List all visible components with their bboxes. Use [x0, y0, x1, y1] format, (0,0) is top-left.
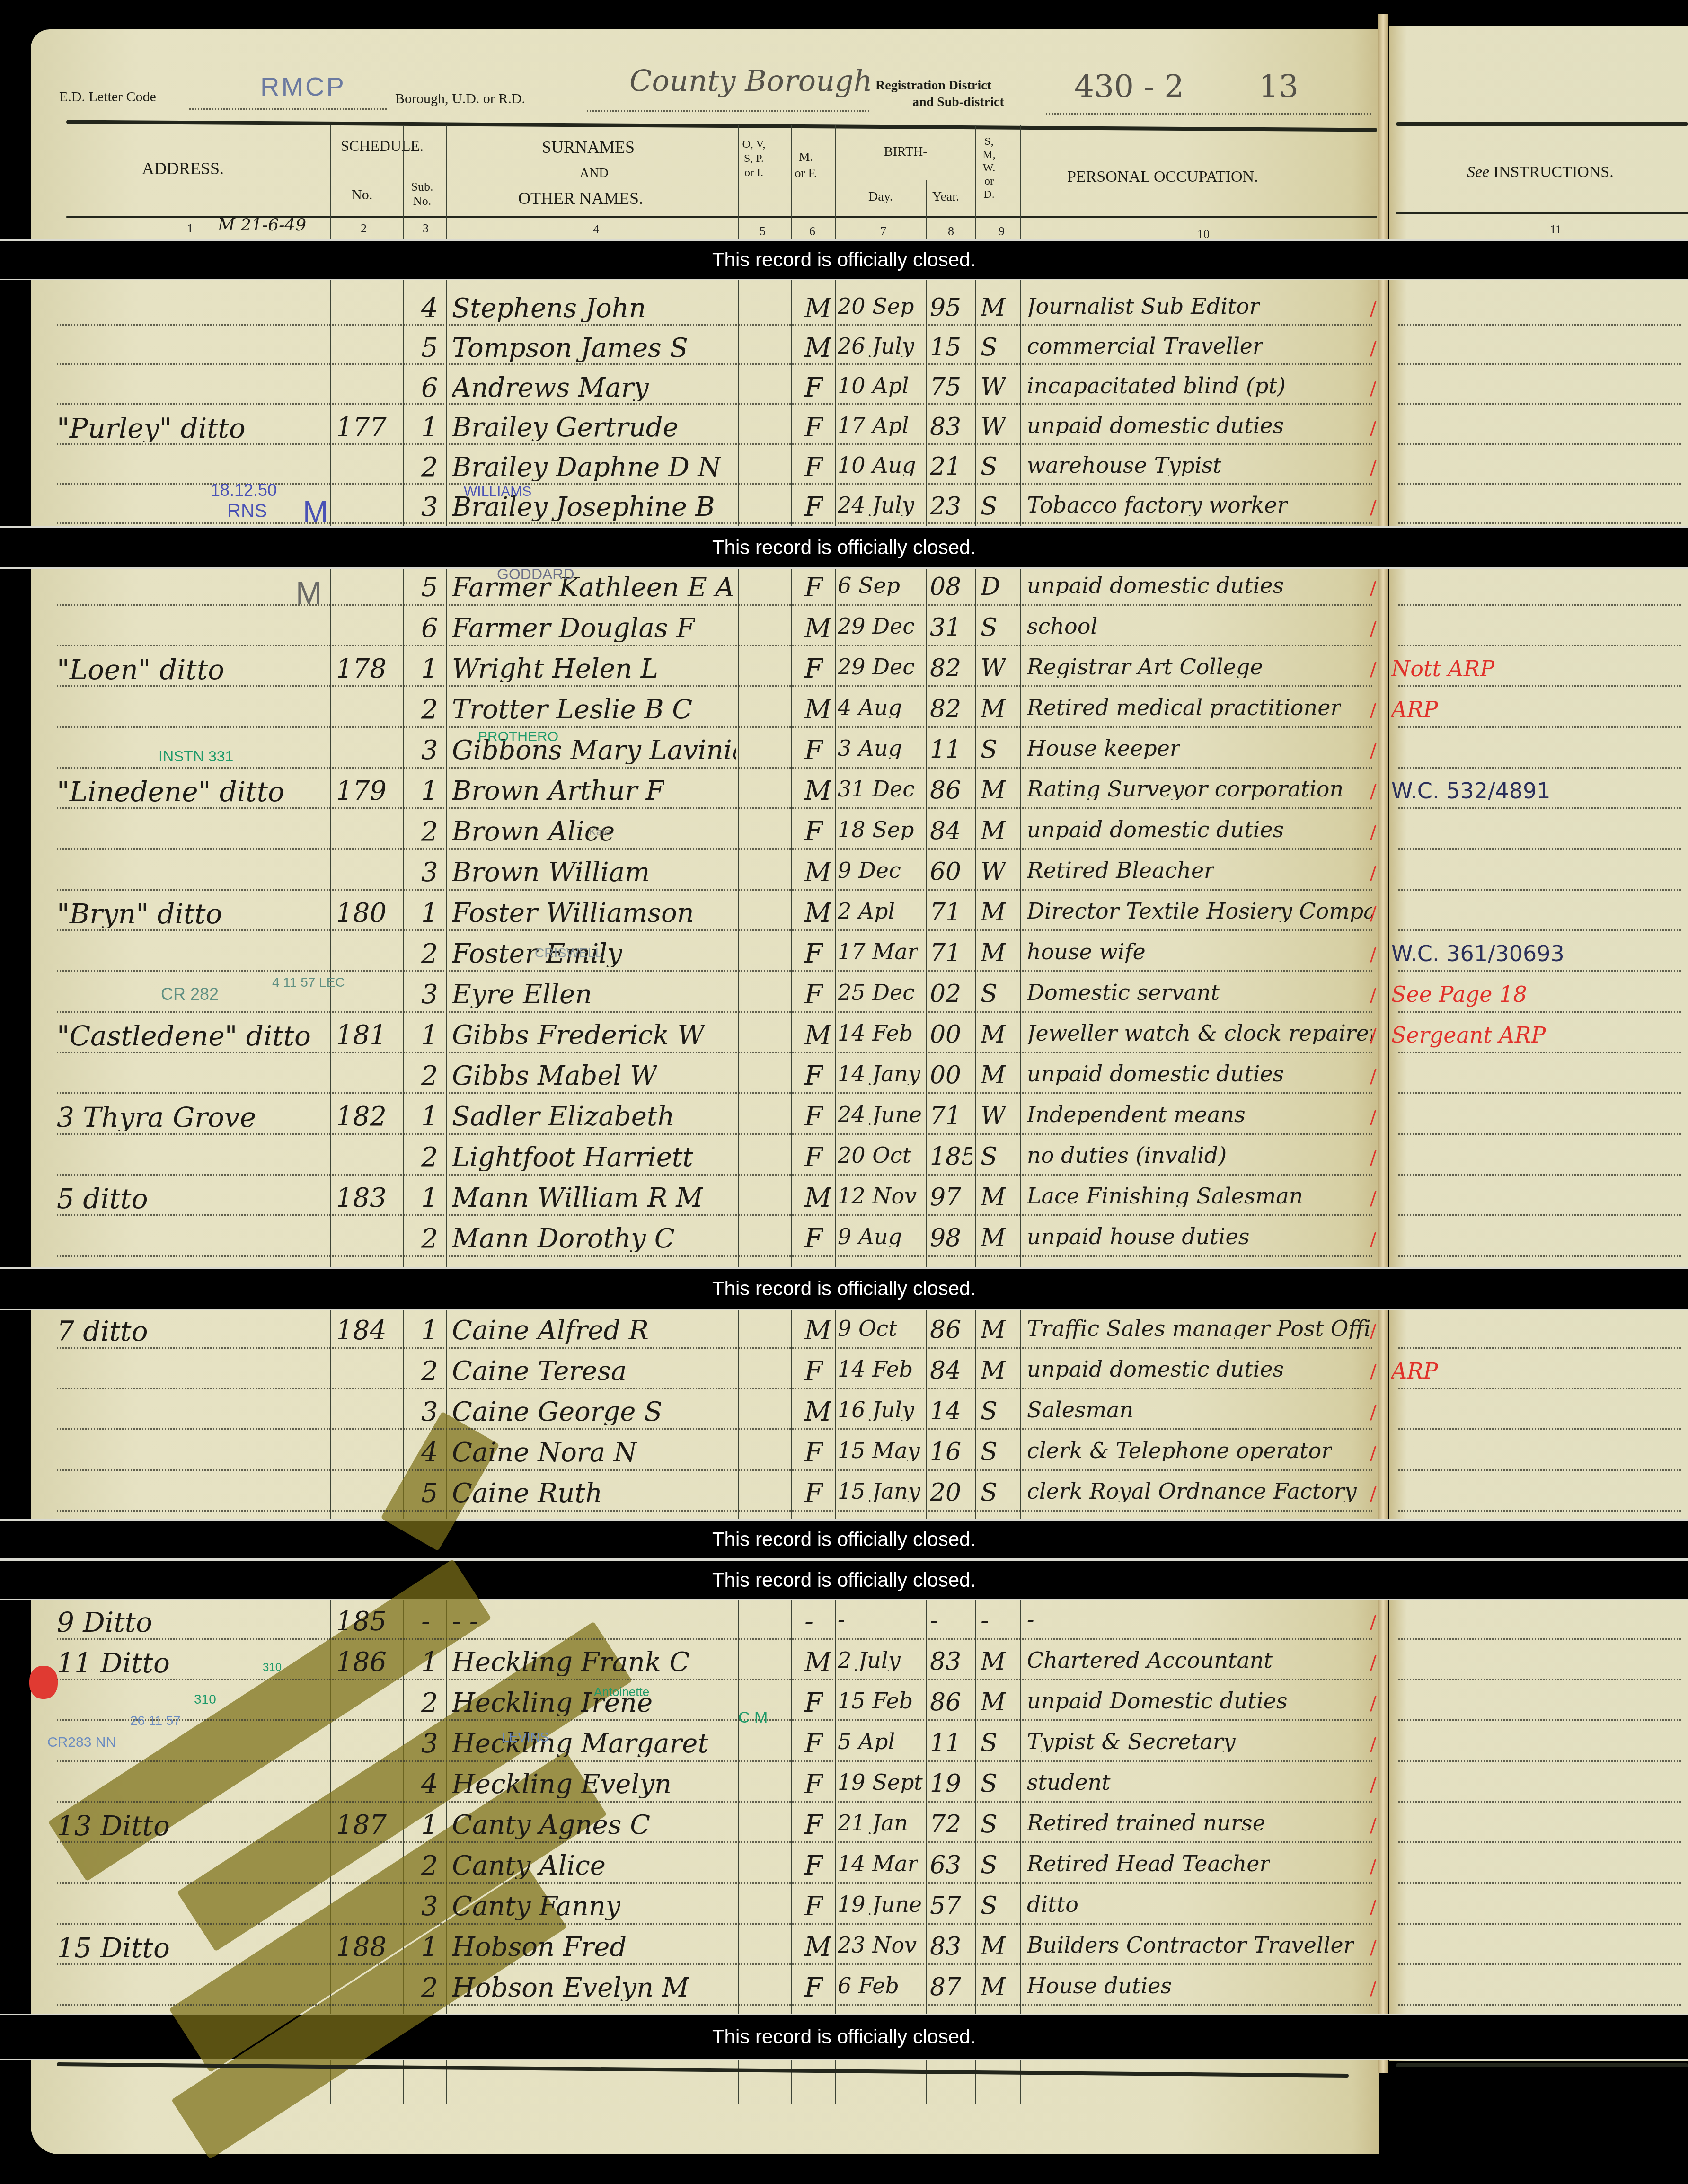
row-rule: [1398, 1174, 1682, 1176]
cell-day: 24 July: [838, 494, 914, 516]
cell-sub: 2: [421, 1063, 438, 1089]
cell-smwd: S: [981, 494, 998, 519]
cell-mf: F: [804, 1104, 823, 1130]
cell-smwd: M: [981, 1358, 1006, 1383]
cell-day: 15 Jany: [838, 1480, 920, 1502]
column-divider: [446, 125, 447, 2104]
cell-mf: M: [804, 1317, 831, 1344]
column-header-smwd: S, M, W. or D.: [980, 135, 999, 201]
cell-year: 84: [930, 819, 961, 843]
cell-name: Farmer Kathleen E A S: [452, 575, 736, 601]
cell-mf: M: [804, 335, 831, 362]
red-check-mark: /: [1370, 1978, 1376, 1999]
cell-sub: 2: [421, 1853, 438, 1879]
cell-day: 20 Sep: [838, 295, 914, 317]
cell-sub: 5: [421, 1480, 438, 1507]
cell-mf: M: [804, 1185, 831, 1211]
row-rule: [1398, 1679, 1682, 1680]
cell-name: Tompson James S: [452, 335, 688, 362]
cell-smwd: D: [981, 575, 1000, 599]
cell-name: Eyre Ellen: [452, 981, 592, 1008]
married-name-annotation: WILLIAMS: [464, 484, 531, 500]
row-rule: [1398, 685, 1682, 687]
row-rule: [57, 1174, 1372, 1176]
cell-name: Heckling Margaret: [452, 1731, 708, 1757]
column-header-sub-no: Sub. No.: [408, 180, 436, 208]
row-rule: [57, 2004, 1372, 2006]
cell-mf: F: [804, 1440, 823, 1466]
cell-remarks: ARP: [1391, 697, 1438, 722]
red-check-mark: /: [1370, 1320, 1376, 1342]
row-rule: [57, 604, 1372, 606]
cell-mf: F: [804, 1063, 823, 1089]
cell-year: 31: [930, 615, 961, 640]
cell-mf: M: [804, 859, 831, 886]
cell-mf: F: [804, 1144, 823, 1171]
cell-sub: 2: [421, 1226, 438, 1252]
red-check-mark: /: [1370, 781, 1376, 803]
cell-mf: F: [804, 494, 823, 521]
cell-address: 13 Ditto: [57, 1812, 170, 1839]
cell-smwd: S: [981, 1399, 998, 1424]
cell-name: Caine Alfred R: [452, 1317, 649, 1344]
col1-annotation: M 21-6-49: [218, 217, 306, 234]
cell-sub: 3: [421, 859, 438, 886]
cell-occupation: Retired medical practitioner: [1027, 697, 1341, 718]
row-rule: [57, 1963, 1372, 1965]
cell-occupation: unpaid domestic duties: [1027, 415, 1284, 436]
cell-occupation: house wife: [1027, 941, 1146, 963]
cell-name: Heckling Evelyn: [452, 1771, 672, 1798]
cell-mf: F: [804, 1812, 823, 1839]
cell-mf: F: [804, 737, 823, 764]
column-header-other-names: OTHER NAMES.: [518, 188, 643, 208]
column-header-address: ADDRESS.: [142, 159, 224, 178]
ed-letter-code-value: RMCP: [260, 71, 346, 102]
cell-mf: M: [804, 778, 831, 805]
cell-day: 2 Apl: [838, 900, 895, 922]
column-header-birth: BIRTH-: [884, 144, 928, 159]
cell-address: "Loen" ditto: [57, 656, 224, 683]
cell-smwd: M: [981, 941, 1006, 965]
dotted-rule: [189, 108, 388, 110]
cell-name: - -: [452, 1609, 478, 1635]
cell-address: 11 Ditto: [57, 1649, 170, 1677]
cell-smwd: W: [981, 1104, 1006, 1128]
cell-sub: 2: [421, 1358, 438, 1385]
row-rule: [57, 1255, 1372, 1257]
column-divider: [738, 125, 739, 2104]
row-rule: [57, 363, 1372, 365]
cell-occupation: unpaid domestic duties: [1027, 819, 1284, 840]
row-rule: [1398, 1638, 1682, 1640]
cell-occupation: Retired trained nurse: [1027, 1812, 1265, 1834]
red-check-mark: /: [1370, 1774, 1376, 1796]
cell-day: 6 Feb: [838, 1975, 899, 1997]
red-check-mark: /: [1370, 1652, 1376, 1674]
cell-day: 2 July: [838, 1649, 901, 1671]
red-check-mark: /: [1370, 699, 1376, 721]
cell-year: 63: [930, 1853, 961, 1877]
cell-sub: 3: [421, 737, 438, 764]
row-rule: [1398, 1052, 1682, 1053]
red-check-mark: /: [1370, 1025, 1376, 1047]
cell-name: Mann William R M: [452, 1185, 703, 1211]
row-rule: [1398, 1469, 1682, 1471]
cell-year: 60: [930, 859, 961, 884]
red-check-mark: /: [1370, 984, 1376, 1006]
cell-day: 10 Apl: [838, 375, 909, 397]
cell-sub: 3: [421, 1731, 438, 1757]
cell-address: 9 Ditto: [57, 1609, 152, 1636]
cell-occupation: warehouse Typist: [1027, 454, 1221, 476]
cell-occupation: ditto: [1027, 1893, 1078, 1915]
cell-year: 86: [930, 1690, 961, 1715]
cell-name: Foster Williamson: [452, 900, 694, 927]
cell-sub: 2: [421, 454, 438, 481]
column-number: 8: [948, 224, 954, 239]
red-check-mark: /: [1370, 1693, 1376, 1715]
cell-occupation: unpaid domestic duties: [1027, 575, 1284, 596]
cell-mf: -: [804, 1609, 813, 1635]
row-rule: [1398, 1841, 1682, 1843]
page-bottom-rule-right: [1396, 2063, 1688, 2067]
cell-year: 08: [930, 575, 961, 599]
cell-occupation: school: [1027, 615, 1097, 637]
closed-record-bar: This record is officially closed.: [0, 526, 1688, 569]
cell-mf: M: [804, 295, 831, 322]
row-rule: [1398, 1388, 1682, 1389]
row-rule: [1398, 1801, 1682, 1803]
cell-occupation: clerk Royal Ordnance Factory: [1027, 1480, 1357, 1502]
married-name-annotation: PROTHERO: [478, 729, 558, 745]
cell-year: 83: [930, 1649, 961, 1674]
cell-mf: M: [804, 1934, 831, 1961]
cell-day: 4 Aug: [838, 697, 902, 718]
column-number: 3: [423, 221, 429, 236]
cell-name: Wright Helen L: [452, 656, 658, 682]
red-check-mark: /: [1370, 1147, 1376, 1169]
row-rule: [1398, 403, 1682, 405]
row-rule: [1398, 1760, 1682, 1762]
column-header-birth-year: Year.: [932, 189, 959, 204]
row-rule: [1398, 1510, 1682, 1512]
cell-occupation: unpaid house duties: [1027, 1226, 1249, 1247]
cell-day: 29 Dec: [838, 615, 915, 637]
row-rule: [57, 1719, 1372, 1721]
cell-name: Brown William: [452, 859, 650, 886]
row-rule: [1398, 1133, 1682, 1135]
cell-mf: F: [804, 1480, 823, 1507]
column-header-surnames: SURNAMES: [542, 137, 635, 157]
cell-occupation: Traffic Sales manager Post Office Teleph…: [1027, 1317, 1372, 1339]
row-rule: [57, 1760, 1372, 1762]
cell-day: 23 Nov: [838, 1934, 917, 1956]
cell-day: 5 Apl: [838, 1731, 895, 1752]
row-rule: [57, 929, 1372, 931]
row-rule: [1398, 645, 1682, 646]
cell-smwd: M: [981, 1649, 1006, 1674]
kate-annotation: Kate: [589, 826, 610, 838]
closed-record-bar: This record is officially closed.: [0, 239, 1688, 280]
date-annotation: 26 11 57: [130, 1713, 181, 1728]
cell-smwd: M: [981, 295, 1006, 320]
cell-name: Sadler Elizabeth: [452, 1104, 674, 1130]
see-label: See: [1467, 163, 1489, 181]
red-check-mark: /: [1370, 417, 1376, 439]
red-check-mark: /: [1370, 1611, 1376, 1633]
cell-sched: 177: [336, 415, 387, 441]
cell-smwd: M: [981, 1934, 1006, 1959]
cell-mf: F: [804, 1975, 823, 2001]
cell-mf: M: [804, 1649, 831, 1676]
cell-address: 7 ditto: [57, 1317, 148, 1345]
cell-sub: 1: [421, 778, 438, 805]
cell-sub: 1: [421, 1812, 438, 1839]
cell-sched: 179: [336, 778, 387, 805]
cell-name: Gibbs Mabel W: [452, 1063, 657, 1089]
red-check-mark: /: [1370, 1229, 1376, 1250]
cell-address: "Bryn" ditto: [57, 900, 222, 928]
row-rule: [57, 522, 1372, 524]
cell-smwd: M: [981, 778, 1006, 803]
cell-year: 71: [930, 1104, 961, 1128]
row-rule: [57, 1801, 1372, 1803]
column-header-m-or-f: M. or F.: [794, 149, 818, 181]
column-divider: [835, 125, 836, 2104]
cell-mf: M: [804, 1399, 831, 1425]
cell-mf: F: [804, 1771, 823, 1798]
cell-occupation: Jeweller watch & clock repairer: [1027, 1022, 1372, 1044]
row-rule: [57, 1638, 1372, 1640]
red-check-mark: /: [1370, 1402, 1376, 1424]
cell-day: 3 Aug: [838, 737, 902, 759]
cell-occupation: Registrar Art College: [1027, 656, 1263, 678]
cell-name: Hobson Fred: [452, 1934, 627, 1961]
cell-smwd: M: [981, 819, 1006, 843]
cell-sub: 1: [421, 415, 438, 441]
cell-sub: 5: [421, 575, 438, 601]
closed-record-bar: This record is officially closed.: [0, 1560, 1688, 1600]
cell-day: 6 Sep: [838, 575, 900, 596]
cell-smwd: M: [981, 1317, 1006, 1342]
column-header-and: AND: [580, 166, 609, 181]
row-rule: [57, 1882, 1372, 1884]
cell-year: -: [930, 1609, 938, 1633]
cell-day: 25 Dec: [838, 981, 915, 1003]
cell-smwd: S: [981, 335, 998, 360]
cell-sched: 188: [336, 1934, 387, 1961]
cell-occupation: Chartered Accountant: [1027, 1649, 1273, 1671]
red-check-mark: /: [1370, 1188, 1376, 1210]
cell-year: 11: [930, 1731, 961, 1755]
cell-sched: 181: [336, 1022, 387, 1049]
cell-smwd: M: [981, 1975, 1006, 1999]
instructions-label: INSTRUCTIONS.: [1494, 163, 1614, 181]
cell-sub: 3: [421, 1399, 438, 1425]
cell-sched: 180: [336, 900, 387, 927]
row-rule: [1398, 848, 1682, 850]
cell-sub: 5: [421, 335, 438, 362]
red-check-mark: /: [1370, 1106, 1376, 1128]
column-header-schedule: SCHEDULE.: [341, 137, 424, 155]
cr-ref-annotation: CR 282: [161, 984, 219, 1004]
cell-sub: 3: [421, 494, 438, 521]
cell-sub: 1: [421, 1649, 438, 1676]
cell-year: 23: [930, 494, 961, 519]
cell-day: 26 July: [838, 335, 914, 357]
cell-occupation: Tobacco factory worker: [1027, 494, 1288, 516]
married-name-annotation: GODDARD: [497, 566, 574, 583]
cell-smwd: -: [981, 1609, 989, 1633]
cell-occupation: Lace Finishing Salesman: [1027, 1185, 1303, 1207]
row-rule: [1398, 1923, 1682, 1925]
cell-day: 9 Aug: [838, 1226, 902, 1247]
row-rule: [1398, 929, 1682, 931]
cell-address: 15 Ditto: [57, 1934, 170, 1962]
cell-name: Heckling Frank C: [452, 1649, 689, 1676]
cell-mf: M: [804, 615, 831, 642]
cell-mf: M: [804, 900, 831, 927]
closed-record-bar: This record is officially closed.: [0, 1519, 1688, 1560]
cell-occupation: Salesman: [1027, 1399, 1133, 1421]
row-rule: [57, 1923, 1372, 1925]
cell-name: Hobson Evelyn M: [452, 1975, 689, 2001]
row-rule: [57, 324, 1372, 326]
row-rule: [1398, 2004, 1682, 2006]
cell-year: 19: [930, 1771, 961, 1796]
row-rule: [57, 1011, 1372, 1013]
cell-sub: 1: [421, 900, 438, 927]
red-check-mark: /: [1370, 659, 1376, 681]
cell-occupation: unpaid Domestic duties: [1027, 1690, 1288, 1712]
column-number: 5: [760, 224, 766, 239]
column-divider: [975, 125, 976, 2104]
cell-occupation: Typist & Secretary: [1027, 1731, 1236, 1752]
cell-year: 71: [930, 941, 961, 965]
row-rule: [57, 1133, 1372, 1135]
cell-year: 83: [930, 415, 961, 439]
row-rule: [1398, 1428, 1682, 1430]
instn-annotation: INSTN 331: [159, 748, 233, 765]
row-rule: [1398, 522, 1682, 524]
red-check-mark: /: [1370, 822, 1376, 843]
row-rule: [57, 1052, 1372, 1053]
cell-mf: F: [804, 1690, 823, 1716]
registration-district-label: Registration District: [875, 78, 991, 93]
red-check-mark: /: [1370, 1937, 1376, 1959]
borough-label: Borough, U.D. or R.D.: [395, 91, 525, 107]
cell-mf: F: [804, 819, 823, 845]
cell-smwd: S: [981, 615, 998, 640]
cell-smwd: M: [981, 1063, 1006, 1088]
cell-occupation: student: [1027, 1771, 1111, 1793]
cell-occupation: Rating Surveyor corporation: [1027, 778, 1343, 800]
rns-mark: M: [303, 495, 328, 530]
red-check-mark: /: [1370, 577, 1376, 599]
row-rule: [57, 645, 1372, 646]
married-name-annotation: LEVINS: [502, 1730, 549, 1745]
red-check-mark: /: [1370, 862, 1376, 884]
cell-smwd: W: [981, 859, 1006, 884]
row-rule: [1398, 1882, 1682, 1884]
cell-name: Canty Fanny: [452, 1893, 620, 1920]
red-check-mark: /: [1370, 1815, 1376, 1837]
row-rule: [57, 1841, 1372, 1843]
cell-occupation: House keeper: [1027, 737, 1180, 759]
rns-annotation: RNS: [227, 501, 267, 522]
cell-sub: 4: [421, 1771, 438, 1798]
cell-sub: 1: [421, 1104, 438, 1130]
cell-day: -: [838, 1609, 845, 1630]
antoinette-annotation: Antoinette: [594, 1685, 649, 1699]
row-rule: [57, 848, 1372, 850]
m-mark: M: [296, 575, 322, 611]
red-check-mark: /: [1370, 1066, 1376, 1088]
cell-address: "Linedene" ditto: [57, 778, 284, 805]
cell-year: 95: [930, 295, 961, 320]
cell-name: Brailey Gertrude: [452, 415, 679, 441]
row-rule: [57, 726, 1372, 728]
column-number: 9: [999, 224, 1005, 239]
row-rule: [57, 970, 1372, 972]
cell-year: 15: [930, 335, 961, 360]
cell-occupation: unpaid domestic duties: [1027, 1358, 1284, 1380]
cell-name: Mann Dorothy C: [452, 1226, 675, 1252]
cell-smwd: S: [981, 1853, 998, 1877]
red-check-mark: /: [1370, 378, 1376, 399]
cell-mf: F: [804, 454, 823, 481]
row-rule: [1398, 807, 1682, 809]
ed-letter-code-label: E.D. Letter Code: [59, 89, 156, 105]
red-check-mark: /: [1370, 1442, 1376, 1464]
row-rule: [57, 403, 1372, 405]
row-rule: [57, 1214, 1372, 1216]
cell-sub: 3: [421, 981, 438, 1008]
cell-year: 86: [930, 1317, 961, 1342]
cell-smwd: W: [981, 656, 1006, 681]
column-divider: [1020, 125, 1021, 2104]
row-rule: [57, 1092, 1372, 1094]
cell-sched: 182: [336, 1104, 387, 1130]
page-number: 13: [1259, 71, 1299, 102]
cell-sub: 2: [421, 1975, 438, 2001]
row-rule: [1398, 726, 1682, 728]
row-rule: [57, 443, 1372, 445]
red-check-mark: /: [1370, 457, 1376, 479]
red-check-mark: /: [1370, 1361, 1376, 1383]
dotted-rule: [587, 110, 871, 112]
cell-remarks: Sergeant ARP: [1391, 1022, 1546, 1048]
cell-sub: 6: [421, 375, 438, 401]
cell-year: 82: [930, 656, 961, 681]
column-header-occupation: PERSONAL OCCUPATION.: [1067, 168, 1258, 186]
cell-sub: 1: [421, 1022, 438, 1049]
cell-mf: F: [804, 1358, 823, 1385]
cell-mf: F: [804, 415, 823, 441]
row-rule: [1398, 443, 1682, 445]
cell-day: 20 Oct: [838, 1144, 911, 1166]
cell-name: Lightfoot Harriett: [452, 1144, 693, 1171]
column-number: 6: [809, 224, 815, 239]
cell-sub: 1: [421, 1934, 438, 1961]
cell-smwd: S: [981, 454, 998, 479]
cell-year: 97: [930, 1185, 961, 1210]
cell-smwd: S: [981, 1440, 998, 1464]
cell-occupation: unpaid domestic duties: [1027, 1063, 1284, 1085]
cell-day: 19 Sept: [838, 1771, 923, 1793]
sub-district-label: and Sub-district: [912, 95, 1004, 110]
